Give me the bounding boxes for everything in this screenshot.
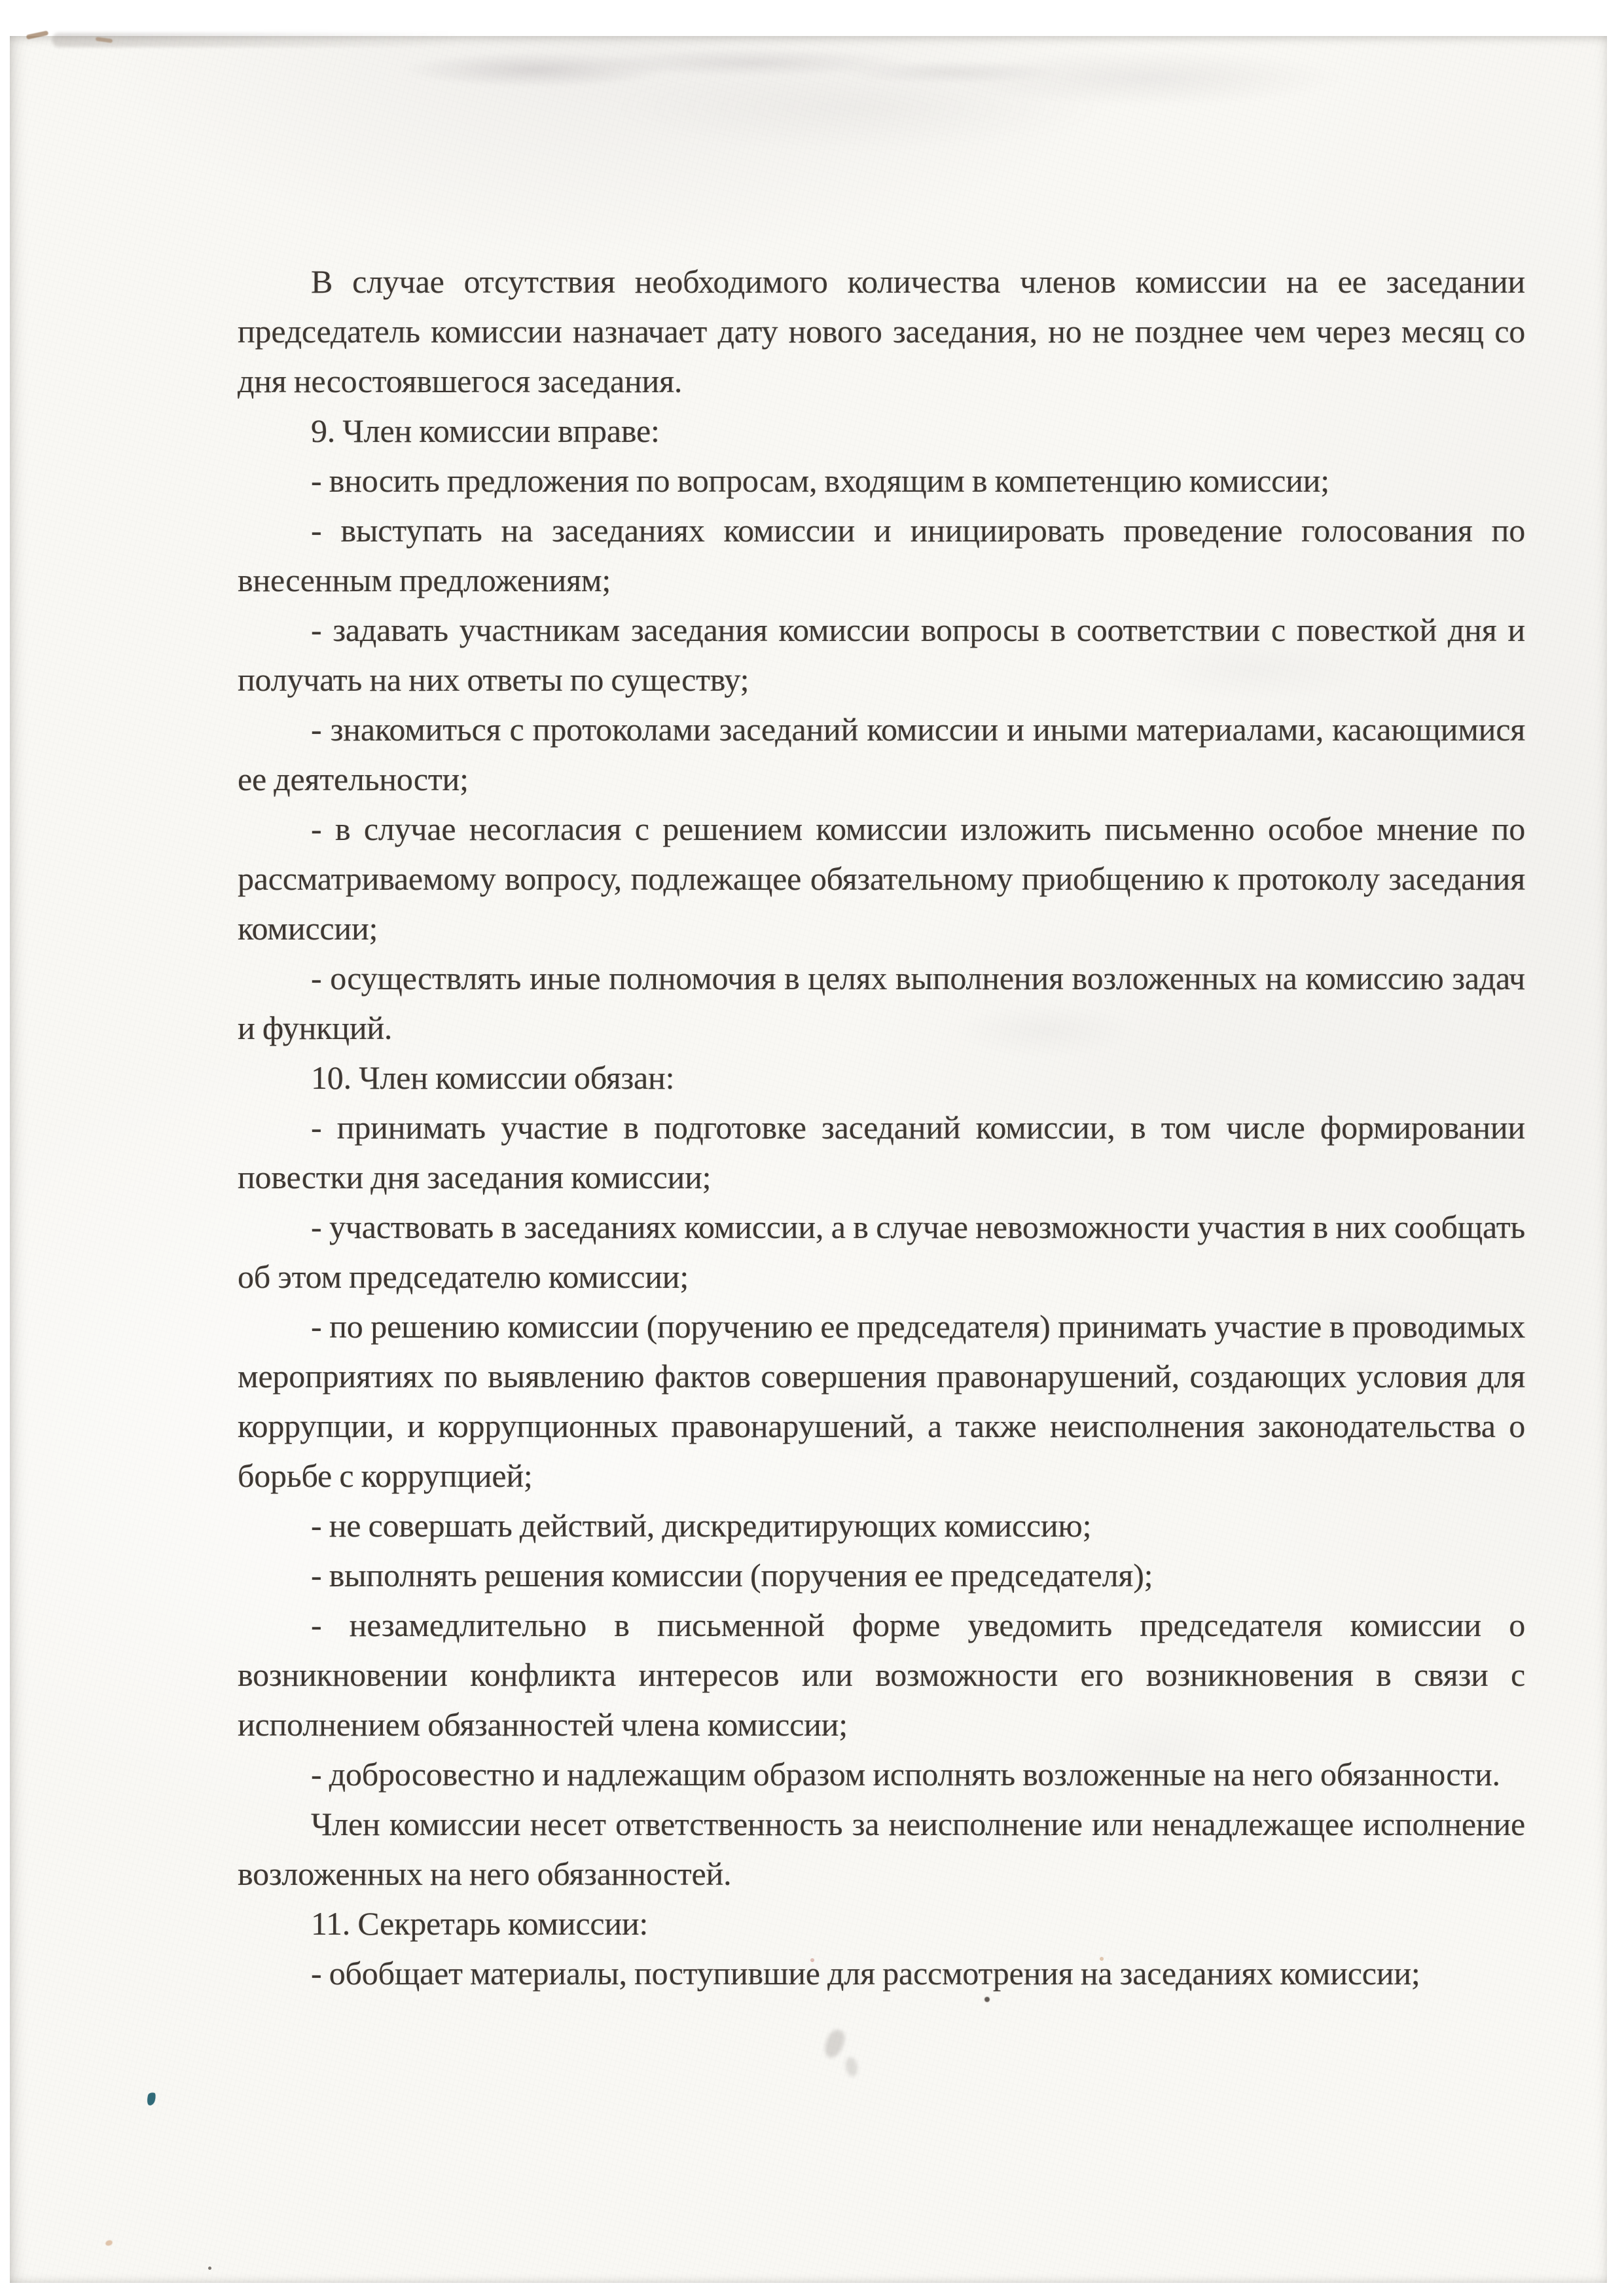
paragraph: - не совершать действий, дискредитирующи… [238,1501,1525,1550]
paragraph: - участвовать в заседаниях комиссии, а в… [238,1202,1525,1302]
paragraph: Член комиссии несет ответственность за н… [238,1799,1525,1899]
paragraph: 10. Член комиссии обязан: [238,1053,1525,1102]
paragraph: - по решению комиссии (поручению ее пред… [238,1302,1525,1501]
paragraph: В случае отсутствия необходимого количес… [238,257,1525,406]
paragraph: - добросовестно и надлежащим образом исп… [238,1749,1525,1799]
paragraph: - незамедлительно в письменной форме уве… [238,1600,1525,1749]
paragraph: - вносить предложения по вопросам, входя… [238,456,1525,505]
paragraph: - принимать участие в подготовке заседан… [238,1102,1525,1202]
paragraph: - выступать на заседаниях комиссии и ини… [238,505,1525,605]
paragraph: - в случае несогласия с решением комисси… [238,804,1525,953]
paragraph: - обобщает материалы, поступившие для ра… [238,1948,1525,1998]
document-text-block: В случае отсутствия необходимого количес… [238,257,1525,1998]
paragraph: - осуществлять иные полномочия в целях в… [238,953,1525,1053]
paragraph: 9. Член комиссии вправе: [238,406,1525,456]
paragraph: 11. Секретарь комиссии: [238,1899,1525,1948]
paragraph: - задавать участникам заседания комиссии… [238,605,1525,704]
scanned-page-canvas: { "page": { "kind": "scanned-document-pa… [0,0,1624,2296]
paragraph: - выполнять решения комиссии (поручения … [238,1550,1525,1600]
paragraph: - знакомиться с протоколами заседаний ко… [238,704,1525,804]
